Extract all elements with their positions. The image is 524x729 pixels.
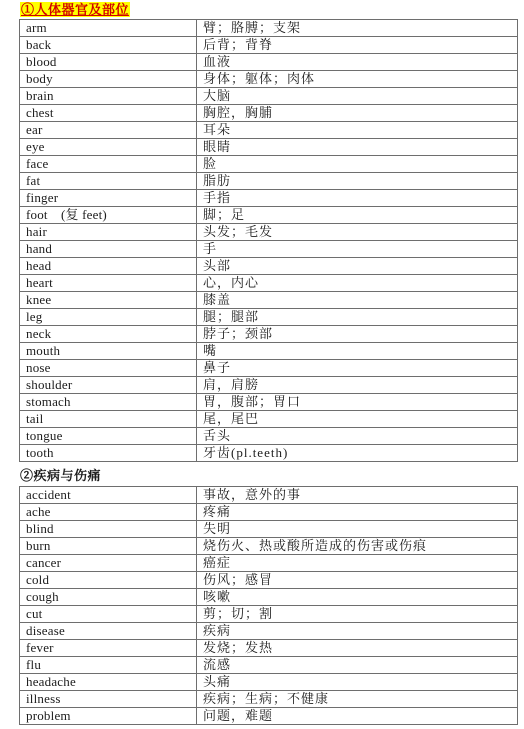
table-row: disease疾病	[20, 623, 518, 640]
table-row: shoulder肩，肩膀	[20, 377, 518, 394]
chinese-translation-cell: 头痛	[197, 674, 518, 691]
table-row: brain大脑	[20, 88, 518, 105]
chinese-translation-cell: 眼睛	[197, 139, 518, 156]
english-word-cell: head	[20, 258, 197, 275]
table-row: cold伤风；感冒	[20, 572, 518, 589]
chinese-translation-cell: 癌症	[197, 555, 518, 572]
chinese-translation-cell: 问题，难题	[197, 708, 518, 725]
english-word-cell: tail	[20, 411, 197, 428]
english-word-cell: ear	[20, 122, 197, 139]
table-row: stomach胃，腹部；胃口	[20, 394, 518, 411]
english-word-cell: burn	[20, 538, 197, 555]
chinese-translation-cell: 失明	[197, 521, 518, 538]
english-word-cell: hand	[20, 241, 197, 258]
chinese-translation-cell: 大脑	[197, 88, 518, 105]
chinese-translation-cell: 脸	[197, 156, 518, 173]
document-page: ①人体器官及部位 arm臂；胳膊；支架back后背；背脊blood血液body身…	[0, 2, 524, 729]
english-word-cell: fat	[20, 173, 197, 190]
table-row: ear耳朵	[20, 122, 518, 139]
english-word-cell: blind	[20, 521, 197, 538]
section-2-heading: ②疾病与伤痛	[20, 468, 524, 483]
chinese-translation-cell: 流感	[197, 657, 518, 674]
table-row: foot (复 feet)脚；足	[20, 207, 518, 224]
chinese-translation-cell: 脖子；颈部	[197, 326, 518, 343]
english-word-cell: problem	[20, 708, 197, 725]
table-row: nose鼻子	[20, 360, 518, 377]
chinese-translation-cell: 剪；切；割	[197, 606, 518, 623]
section-1-title: ①人体器官及部位	[20, 2, 130, 17]
chinese-translation-cell: 咳嗽	[197, 589, 518, 606]
chinese-translation-cell: 疾病；生病；不健康	[197, 691, 518, 708]
table-row: heart心，内心	[20, 275, 518, 292]
english-word-cell: body	[20, 71, 197, 88]
table-row: neck脖子；颈部	[20, 326, 518, 343]
english-word-cell: cut	[20, 606, 197, 623]
english-word-cell: leg	[20, 309, 197, 326]
chinese-translation-cell: 膝盖	[197, 292, 518, 309]
table-row: hand手	[20, 241, 518, 258]
english-word-cell: flu	[20, 657, 197, 674]
english-word-cell: headache	[20, 674, 197, 691]
chinese-translation-cell: 脚；足	[197, 207, 518, 224]
chinese-translation-cell: 身体；躯体；肉体	[197, 71, 518, 88]
english-word-cell: mouth	[20, 343, 197, 360]
table-row: cancer癌症	[20, 555, 518, 572]
chinese-translation-cell: 舌头	[197, 428, 518, 445]
table-row: flu流感	[20, 657, 518, 674]
table-row: arm臂；胳膊；支架	[20, 20, 518, 37]
table-row: fat脂肪	[20, 173, 518, 190]
english-word-cell: hair	[20, 224, 197, 241]
english-word-cell: blood	[20, 54, 197, 71]
chinese-translation-cell: 嘴	[197, 343, 518, 360]
english-word-cell: arm	[20, 20, 197, 37]
english-word-cell: shoulder	[20, 377, 197, 394]
table-row: fever发烧；发热	[20, 640, 518, 657]
english-word-cell: back	[20, 37, 197, 54]
chinese-translation-cell: 鼻子	[197, 360, 518, 377]
chinese-translation-cell: 头发；毛发	[197, 224, 518, 241]
table-row: knee膝盖	[20, 292, 518, 309]
english-word-cell: brain	[20, 88, 197, 105]
english-word-cell: foot (复 feet)	[20, 207, 197, 224]
english-word-cell: eye	[20, 139, 197, 156]
chinese-translation-cell: 腿；腿部	[197, 309, 518, 326]
table-row: illness疾病；生病；不健康	[20, 691, 518, 708]
table-row: blood血液	[20, 54, 518, 71]
table-row: body身体；躯体；肉体	[20, 71, 518, 88]
english-word-cell: tooth	[20, 445, 197, 462]
chinese-translation-cell: 发烧；发热	[197, 640, 518, 657]
section-1-heading: ①人体器官及部位	[20, 2, 524, 17]
chinese-translation-cell: 后背；背脊	[197, 37, 518, 54]
table-row: hair头发；毛发	[20, 224, 518, 241]
english-word-cell: accident	[20, 487, 197, 504]
english-word-cell: nose	[20, 360, 197, 377]
english-word-cell: face	[20, 156, 197, 173]
chinese-translation-cell: 疾病	[197, 623, 518, 640]
table-row: back后背；背脊	[20, 37, 518, 54]
english-word-cell: chest	[20, 105, 197, 122]
english-word-cell: cancer	[20, 555, 197, 572]
chinese-translation-cell: 胸腔，胸脯	[197, 105, 518, 122]
chinese-translation-cell: 疼痛	[197, 504, 518, 521]
table-row: cut剪；切；割	[20, 606, 518, 623]
table-row: head头部	[20, 258, 518, 275]
english-word-cell: cold	[20, 572, 197, 589]
english-word-cell: disease	[20, 623, 197, 640]
chinese-translation-cell: 脂肪	[197, 173, 518, 190]
chinese-translation-cell: 胃，腹部；胃口	[197, 394, 518, 411]
table-row: leg腿；腿部	[20, 309, 518, 326]
table-row: tooth牙齿(pl.teeth)	[20, 445, 518, 462]
english-word-cell: stomach	[20, 394, 197, 411]
chinese-translation-cell: 臂；胳膊；支架	[197, 20, 518, 37]
chinese-translation-cell: 肩，肩膀	[197, 377, 518, 394]
chinese-translation-cell: 血液	[197, 54, 518, 71]
chinese-translation-cell: 心，内心	[197, 275, 518, 292]
english-word-cell: neck	[20, 326, 197, 343]
english-word-cell: fever	[20, 640, 197, 657]
table-row: tongue舌头	[20, 428, 518, 445]
english-word-cell: finger	[20, 190, 197, 207]
table-row: mouth嘴	[20, 343, 518, 360]
english-word-cell: ache	[20, 504, 197, 521]
chinese-translation-cell: 手指	[197, 190, 518, 207]
chinese-translation-cell: 耳朵	[197, 122, 518, 139]
table-row: chest胸腔，胸脯	[20, 105, 518, 122]
table-row: tail尾，尾巴	[20, 411, 518, 428]
chinese-translation-cell: 烧伤火、热或酸所造成的伤害或伤痕	[197, 538, 518, 555]
english-word-cell: illness	[20, 691, 197, 708]
english-word-cell: knee	[20, 292, 197, 309]
table-row: cough咳嗽	[20, 589, 518, 606]
table-row: face脸	[20, 156, 518, 173]
chinese-translation-cell: 手	[197, 241, 518, 258]
illness-vocab-table: accident事故，意外的事ache疼痛blind失明burn烧伤火、热或酸所…	[19, 486, 518, 725]
table-row: problem问题，难题	[20, 708, 518, 725]
table-row: ache疼痛	[20, 504, 518, 521]
body-parts-vocab-table: arm臂；胳膊；支架back后背；背脊blood血液body身体；躯体；肉体br…	[19, 19, 518, 462]
table-row: headache头痛	[20, 674, 518, 691]
chinese-translation-cell: 事故，意外的事	[197, 487, 518, 504]
chinese-translation-cell: 头部	[197, 258, 518, 275]
english-word-cell: cough	[20, 589, 197, 606]
table-row: burn烧伤火、热或酸所造成的伤害或伤痕	[20, 538, 518, 555]
table-row: eye眼睛	[20, 139, 518, 156]
table-row: blind失明	[20, 521, 518, 538]
chinese-translation-cell: 伤风；感冒	[197, 572, 518, 589]
table-row: finger手指	[20, 190, 518, 207]
table-row: accident事故，意外的事	[20, 487, 518, 504]
english-word-cell: heart	[20, 275, 197, 292]
chinese-translation-cell: 牙齿(pl.teeth)	[197, 445, 518, 462]
chinese-translation-cell: 尾，尾巴	[197, 411, 518, 428]
english-word-cell: tongue	[20, 428, 197, 445]
